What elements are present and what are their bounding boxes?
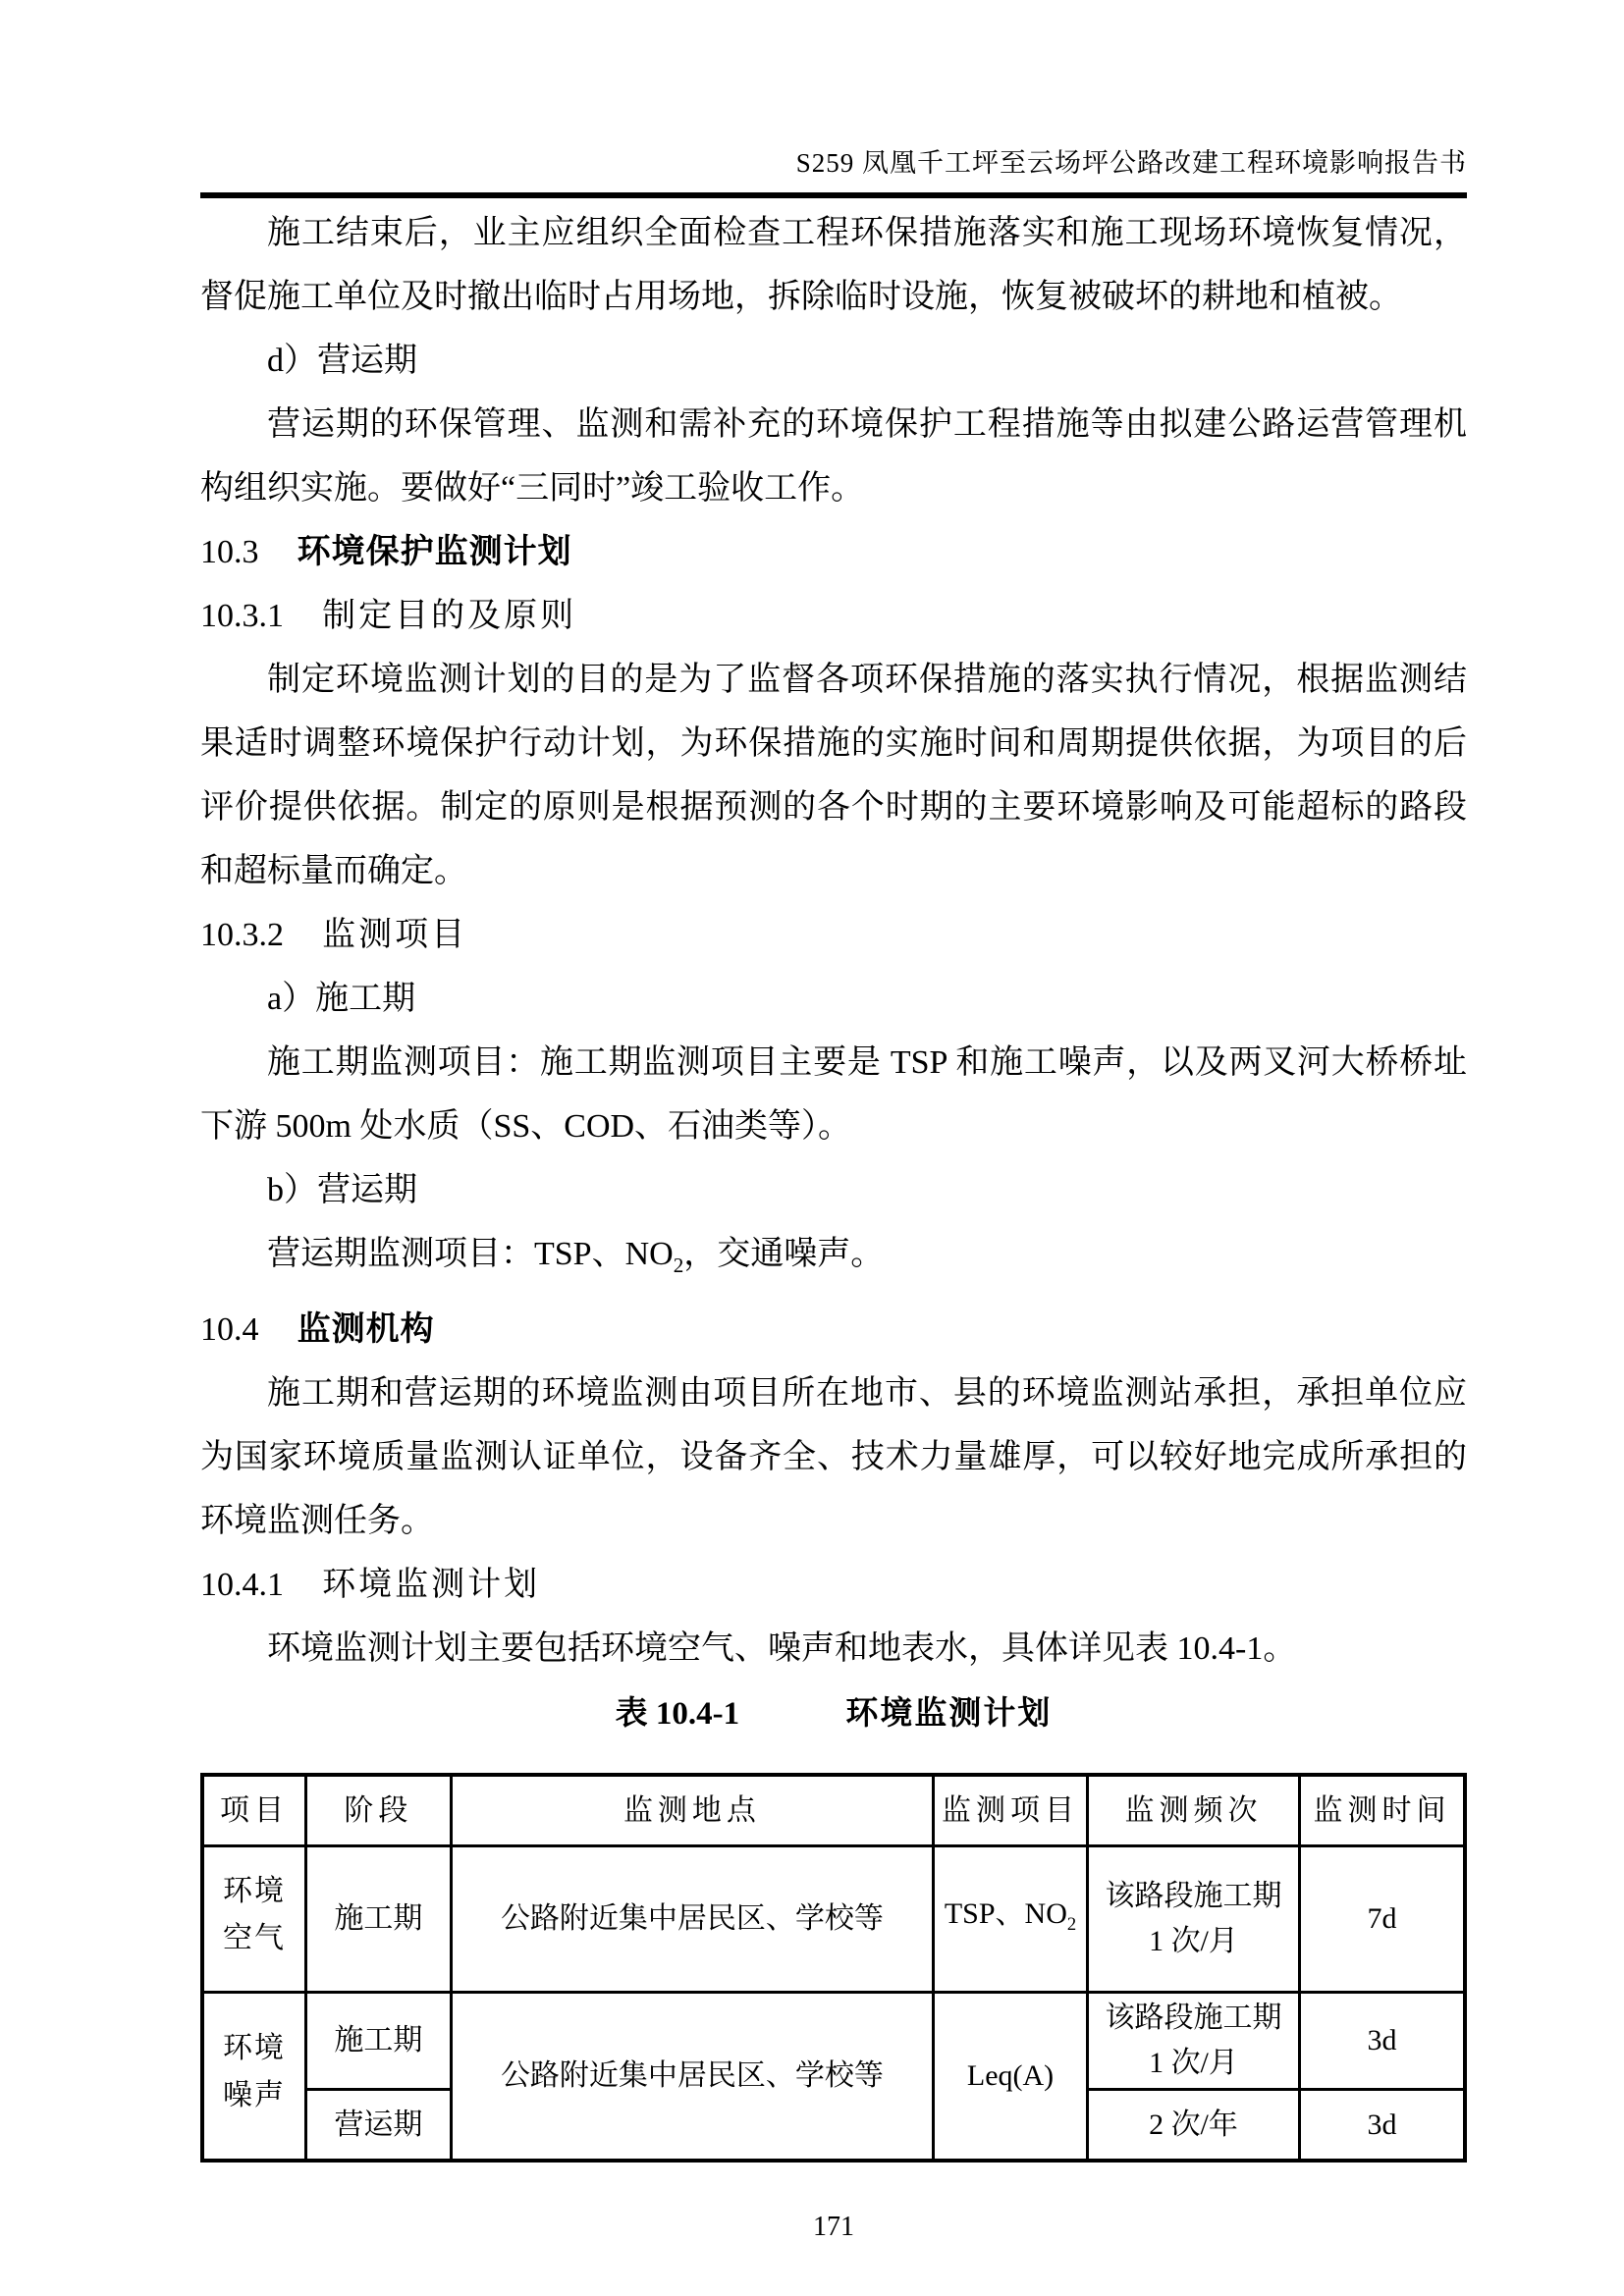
paragraph-monitoring-agency: 施工期和营运期的环境监测由项目所在地市、县的环境监测站承担，承担单位应为国家环境… <box>200 1362 1467 1553</box>
header-cell-frequency: 监测频次 <box>1087 1775 1299 1846</box>
heading-10-3-1-number: 10.3.1 <box>200 598 284 634</box>
table-caption-title: 环境监测计划 <box>845 1694 1052 1731</box>
cell-air-parameter-text: TSP、NO <box>945 1897 1067 1930</box>
no2-subscript: 2 <box>674 1254 684 1277</box>
heading-10-4-number: 10.4 <box>200 1311 259 1348</box>
cell-air-frequency-line1: 该路段施工期 <box>1093 1874 1294 1919</box>
header-cell-stage: 阶段 <box>305 1775 451 1846</box>
cell-noise-location: 公路附近集中居民区、学校等 <box>451 1992 933 2161</box>
list-item-d-operation-period: d）营运期 <box>200 329 1467 393</box>
header-rule <box>200 192 1467 198</box>
cell-air-no2-subscript: 2 <box>1067 1914 1076 1935</box>
table-caption: 表 10.4-1 环境监测计划 <box>200 1681 1467 1746</box>
page-number: 171 <box>200 2210 1467 2245</box>
cell-noise-frequency-operation: 2 次/年 <box>1087 2089 1299 2161</box>
cell-noise-frequency-line2: 1 次/月 <box>1093 2041 1294 2086</box>
monitoring-plan-table: 项目 阶段 监测地点 监测项目 监测频次 监测时间 环境空气 施工期 公 <box>200 1773 1467 2163</box>
heading-10-4-1-title: 环境监测计划 <box>322 1567 540 1603</box>
cell-air-item: 环境空气 <box>202 1845 305 1992</box>
header-cell-location: 监测地点 <box>451 1775 933 1846</box>
cell-air-frequency-line2: 1 次/月 <box>1093 1919 1294 1964</box>
table-row-air: 环境空气 施工期 公路附近集中居民区、学校等 TSP、NO2 该路段施工期 1 … <box>202 1845 1465 1992</box>
document-page: S259 凤凰千工坪至云场坪公路改建工程环境影响报告书 施工结束后，业主应组织全… <box>0 0 1624 2296</box>
heading-10-3: 10.3 环境保护监测计划 <box>200 520 1467 584</box>
heading-10-3-1: 10.3.1 制定目的及原则 <box>200 584 1467 648</box>
header-cell-duration: 监测时间 <box>1300 1775 1465 1846</box>
operation-items-text: 营运期监测项目：TSP、NO <box>267 1236 674 1272</box>
table-header-row: 项目 阶段 监测地点 监测项目 监测频次 监测时间 <box>202 1775 1465 1846</box>
heading-10-3-2: 10.3.2 监测项目 <box>200 903 1467 967</box>
heading-10-3-1-title: 制定目的及原则 <box>322 598 576 634</box>
running-header: S259 凤凰千工坪至云场坪公路改建工程环境影响报告书 <box>200 0 1467 181</box>
cell-noise-item-text: 环境噪声 <box>223 2025 287 2119</box>
list-item-a-construction-period: a）施工期 <box>200 967 1467 1031</box>
cell-noise-parameter: Leq(A) <box>934 1992 1088 2161</box>
cell-noise-duration-construction: 3d <box>1300 1992 1465 2089</box>
operation-items-text-tail: ，交通噪声。 <box>683 1236 884 1272</box>
heading-10-3-2-number: 10.3.2 <box>200 917 284 953</box>
heading-10-4-1-number: 10.4.1 <box>200 1567 284 1603</box>
table-row-noise-construction: 环境噪声 施工期 公路附近集中居民区、学校等 Leq(A) 该路段施工期 1 次… <box>202 1992 1465 2089</box>
cell-air-duration: 7d <box>1300 1845 1465 1992</box>
heading-10-3-number: 10.3 <box>200 534 259 570</box>
paragraph-operation-monitoring-items: 营运期监测项目：TSP、NO2，交通噪声。 <box>200 1222 1467 1298</box>
paragraph-operation-management: 营运期的环保管理、监测和需补充的环境保护工程措施等由拟建公路运营管理机构组织实施… <box>200 393 1467 520</box>
cell-noise-stage-construction: 施工期 <box>305 1992 451 2089</box>
cell-noise-stage-operation: 营运期 <box>305 2089 451 2161</box>
heading-10-4-title: 监测机构 <box>298 1310 435 1348</box>
cell-noise-duration-operation: 3d <box>1300 2089 1465 2161</box>
heading-10-3-title: 环境保护监测计划 <box>298 533 572 570</box>
running-header-title: S259 凤凰千工坪至云场坪公路改建工程环境影响报告书 <box>796 148 1467 178</box>
header-cell-item: 项目 <box>202 1775 305 1846</box>
paragraph-monitoring-plan-overview: 环境监测计划主要包括环境空气、噪声和地表水，具体详见表 10.4-1。 <box>200 1617 1467 1681</box>
cell-noise-frequency-construction: 该路段施工期 1 次/月 <box>1087 1992 1299 2089</box>
heading-10-3-2-title: 监测项目 <box>322 917 467 953</box>
cell-air-parameter: TSP、NO2 <box>934 1845 1088 1992</box>
document-body: 施工结束后，业主应组织全面检查工程环保措施落实和施工现场环境恢复情况，督促施工单… <box>200 201 1467 2245</box>
paragraph-construction-end: 施工结束后，业主应组织全面检查工程环保措施落实和施工现场环境恢复情况，督促施工单… <box>200 201 1467 329</box>
cell-air-frequency: 该路段施工期 1 次/月 <box>1087 1845 1299 1992</box>
list-item-b-operation-period: b）营运期 <box>200 1158 1467 1222</box>
table-caption-label: 表 10.4-1 <box>616 1696 740 1732</box>
cell-noise-item: 环境噪声 <box>202 1992 305 2161</box>
cell-air-item-text: 环境空气 <box>223 1868 287 1962</box>
paragraph-construction-monitoring-items: 施工期监测项目：施工期监测项目主要是 TSP 和施工噪声，以及两叉河大桥桥址下游… <box>200 1031 1467 1158</box>
header-cell-parameter: 监测项目 <box>934 1775 1088 1846</box>
cell-noise-frequency-line1: 该路段施工期 <box>1093 1996 1294 2041</box>
cell-air-stage: 施工期 <box>305 1845 451 1992</box>
paragraph-monitoring-purpose: 制定环境监测计划的目的是为了监督各项环保措施的落实执行情况，根据监测结果适时调整… <box>200 648 1467 903</box>
heading-10-4-1: 10.4.1 环境监测计划 <box>200 1553 1467 1617</box>
heading-10-4: 10.4 监测机构 <box>200 1298 1467 1362</box>
cell-air-location: 公路附近集中居民区、学校等 <box>451 1845 933 1992</box>
